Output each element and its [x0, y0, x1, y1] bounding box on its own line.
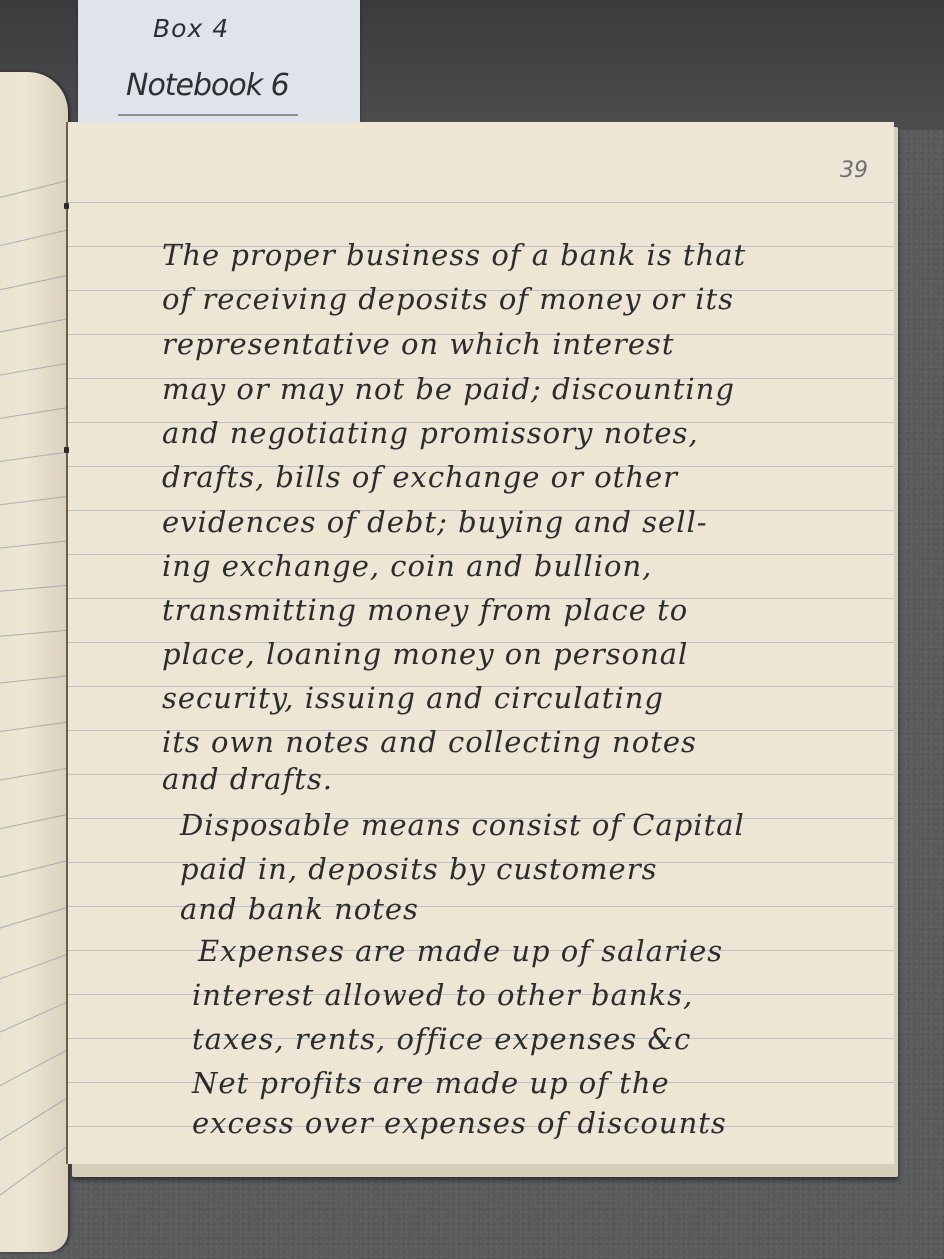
left-page	[0, 72, 68, 1252]
left-page-rule	[0, 672, 68, 688]
handwritten-line: security, issuing and circulating	[162, 681, 664, 715]
left-page-rule	[0, 582, 68, 595]
label-box-number: Box 4	[153, 14, 435, 43]
notebook-page: 39 The proper business of a bank is that…	[66, 122, 894, 1164]
left-page-rule	[0, 852, 68, 887]
left-page-rule	[0, 1032, 68, 1099]
handwritten-line: its own notes and collecting notes	[162, 725, 697, 759]
left-page-rule	[0, 762, 68, 787]
left-page-rule	[0, 942, 68, 991]
handwritten-line: transmitting money from place to	[162, 593, 688, 627]
left-page-rule	[0, 897, 68, 939]
handwritten-line: representative on which interest	[162, 327, 675, 361]
left-page-rule	[0, 1122, 68, 1205]
handwritten-line: may or may not be paid; discounting	[162, 372, 735, 406]
handwritten-line: The proper business of a bank is that	[162, 238, 746, 272]
binding-stitch	[64, 203, 69, 209]
handwritten-line: paid in, deposits by customers	[180, 852, 657, 886]
handwritten-line: drafts, bills of exchange or other	[162, 460, 678, 494]
left-page-rule	[0, 312, 68, 340]
rule-line	[68, 202, 894, 203]
left-page-rule	[0, 402, 68, 425]
page-number: 39	[840, 158, 868, 183]
handwritten-line: of receiving deposits of money or its	[162, 282, 734, 316]
archive-label-card: Box 4 Notebook 6	[78, 0, 360, 128]
handwritten-line: excess over expenses of discounts	[192, 1106, 727, 1140]
handwritten-line: Disposable means consist of Capital	[180, 808, 745, 842]
label-underline	[118, 114, 298, 116]
handwritten-line: evidences of debt; buying and sell-	[162, 505, 708, 539]
handwritten-line: ing exchange, coin and bullion,	[162, 549, 652, 583]
left-page-rule	[0, 492, 68, 510]
left-page-rule	[0, 222, 68, 254]
handwritten-line: taxes, rents, office expenses &c	[192, 1022, 691, 1056]
left-page-rule	[0, 172, 68, 207]
handwritten-line: place, loaning money on personal	[162, 637, 688, 671]
handwritten-line: Net profits are made up of the	[192, 1066, 670, 1100]
left-page-rule	[0, 717, 68, 737]
left-page-rule	[0, 1077, 68, 1152]
handwritten-line: Expenses are made up of salaries	[198, 934, 723, 968]
label-notebook-number: Notebook 6	[126, 68, 408, 103]
handwritten-line: and negotiating promissory notes,	[162, 416, 699, 450]
handwritten-line: interest allowed to other banks,	[192, 978, 693, 1012]
left-page-rule	[0, 447, 68, 467]
left-page-rule	[0, 357, 68, 382]
left-page-rule	[0, 268, 68, 298]
binding-stitch	[64, 447, 69, 453]
left-page-rule	[0, 987, 68, 1045]
left-page-rule	[0, 627, 68, 640]
left-page-rule	[0, 807, 68, 837]
handwritten-line: and drafts.	[162, 762, 333, 796]
left-page-rule	[0, 537, 68, 553]
handwritten-line: and bank notes	[180, 892, 419, 926]
